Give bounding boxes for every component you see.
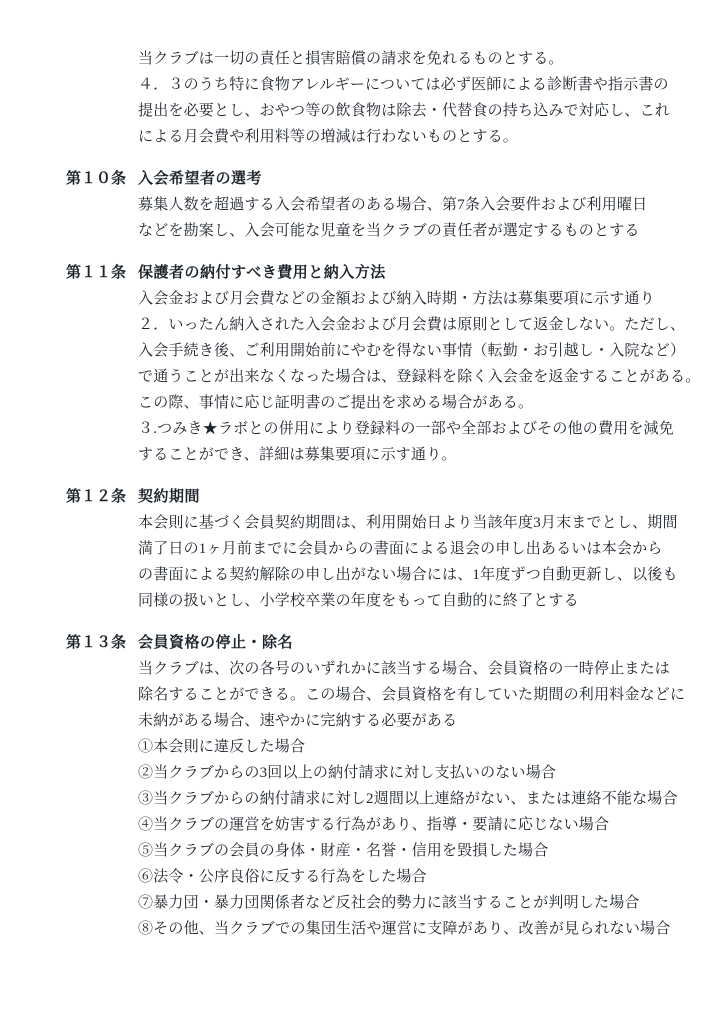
body-line: の書面による契約解除の申し出がない場合には、1年度ずつ自動更新し、以後も xyxy=(138,562,666,588)
body-line: 当クラブは、次の各号のいずれかに該当する場合、会員資格の一時停止または xyxy=(138,656,666,682)
numbered-item-line: ⑧その他、当クラブでの集団生活や運営に支障があり、改善が見られない場合 xyxy=(138,916,666,942)
article-heading: 第１１条 保護者の納付すべき費用と納入方法 xyxy=(66,260,666,286)
article-title: 入会希望者の選考 xyxy=(138,166,262,192)
clause-continuation-block: 当クラブは一切の責任と損害賠償の請求を免れるものとする。 ４．３のうち特に食物ア… xyxy=(138,46,666,150)
numbered-item-line: ①本会則に違反した場合 xyxy=(138,734,666,760)
body-line: ３.つみき★ラボとの併用により登録料の一部や全部およびその他の費用を減免 xyxy=(138,416,666,442)
numbered-item-line: ③当クラブからの納付請求に対し2週間以上連絡がない、または連絡不能な場合 xyxy=(138,786,666,812)
body-line: 満了日の1ヶ月前までに会員からの書面による退会の申し出あるいは本会から xyxy=(138,536,666,562)
article-10-section: 第１０条 入会希望者の選考 募集人数を超過する入会希望者のある場合、第7条入会要… xyxy=(66,166,666,244)
body-line: 入会金および月会費などの金額および納入時期・方法は募集要項に示す通り xyxy=(138,286,666,312)
article-title: 契約期間 xyxy=(138,484,200,510)
article-title: 保護者の納付すべき費用と納入方法 xyxy=(138,260,386,286)
body-line: で通うことが出来なくなった場合は、登録料を除く入会金を返金することがある。 xyxy=(138,364,666,390)
article-13-section: 第１３条 会員資格の停止・除名 当クラブは、次の各号のいずれかに該当する場合、会… xyxy=(66,630,666,942)
body-line: 提出を必要とし、おやつ等の飲食物は除去・代替食の持ち込みで対応し、これ xyxy=(138,98,666,124)
body-line: 募集人数を超過する入会希望者のある場合、第7条入会要件および利用曜日 xyxy=(138,192,666,218)
numbered-item-line: ⑦暴力団・暴力団関係者など反社会的勢力に該当することが判明した場合 xyxy=(138,890,666,916)
article-number: 第１０条 xyxy=(66,166,138,192)
article-body: 本会則に基づく会員契約期間は、利用開始日より当該年度3月末までとし、期間 満了日… xyxy=(138,510,666,614)
body-line: 未納がある場合、速やかに完納する必要がある xyxy=(138,708,666,734)
body-line: この際、事情に応じ証明書のご提出を求める場合がある。 xyxy=(138,390,666,416)
article-body: 入会金および月会費などの金額および納入時期・方法は募集要項に示す通り ２．いった… xyxy=(138,286,666,468)
numbered-item-line: ④当クラブの運営を妨害する行為があり、指導・要請に応じない場合 xyxy=(138,812,666,838)
body-line: ２．いったん納入された入会金および月会費は原則として返金しない。ただし、 xyxy=(138,312,666,338)
article-body: 当クラブは、次の各号のいずれかに該当する場合、会員資格の一時停止または 除名する… xyxy=(138,656,666,942)
body-line: することができ、詳細は募集要項に示す通り。 xyxy=(138,442,666,468)
body-line: ４．３のうち特に食物アレルギーについては必ず医師による診断書や指示書の xyxy=(138,72,666,98)
body-line: 当クラブは一切の責任と損害賠償の請求を免れるものとする。 xyxy=(138,46,666,72)
numbered-item-line: ②当クラブからの3回以上の納付請求に対し支払いのない場合 xyxy=(138,760,666,786)
document-page: 当クラブは一切の責任と損害賠償の請求を免れるものとする。 ４．３のうち特に食物ア… xyxy=(0,0,724,1024)
article-number: 第１３条 xyxy=(66,630,138,656)
body-line: などを勘案し、入会可能な児童を当クラブの責任者が選定するものとする xyxy=(138,218,666,244)
article-12-section: 第１２条 契約期間 本会則に基づく会員契約期間は、利用開始日より当該年度3月末ま… xyxy=(66,484,666,614)
article-11-section: 第１１条 保護者の納付すべき費用と納入方法 入会金および月会費などの金額および納… xyxy=(66,260,666,468)
body-line: 入会手続き後、ご利用開始前にやむを得ない事情（転勤・お引越し・入院など） xyxy=(138,338,666,364)
numbered-item-line: ⑤当クラブの会員の身体・財産・名誉・信用を毀損した場合 xyxy=(138,838,666,864)
body-line: 本会則に基づく会員契約期間は、利用開始日より当該年度3月末までとし、期間 xyxy=(138,510,666,536)
article-heading: 第１２条 契約期間 xyxy=(66,484,666,510)
article-heading: 第１０条 入会希望者の選考 xyxy=(66,166,666,192)
body-line: による月会費や利用料等の増減は行わないものとする。 xyxy=(138,124,666,150)
article-title: 会員資格の停止・除名 xyxy=(138,630,293,656)
article-heading: 第１３条 会員資格の停止・除名 xyxy=(66,630,666,656)
article-number: 第１２条 xyxy=(66,484,138,510)
numbered-item-line: ⑥法令・公序良俗に反する行為をした場合 xyxy=(138,864,666,890)
body-line: 除名することができる。この場合、会員資格を有していた期間の利用料金などに xyxy=(138,682,666,708)
article-body: 募集人数を超過する入会希望者のある場合、第7条入会要件および利用曜日 などを勘案… xyxy=(138,192,666,244)
article-number: 第１１条 xyxy=(66,260,138,286)
body-line: 同様の扱いとし、小学校卒業の年度をもって自動的に終了とする xyxy=(138,588,666,614)
